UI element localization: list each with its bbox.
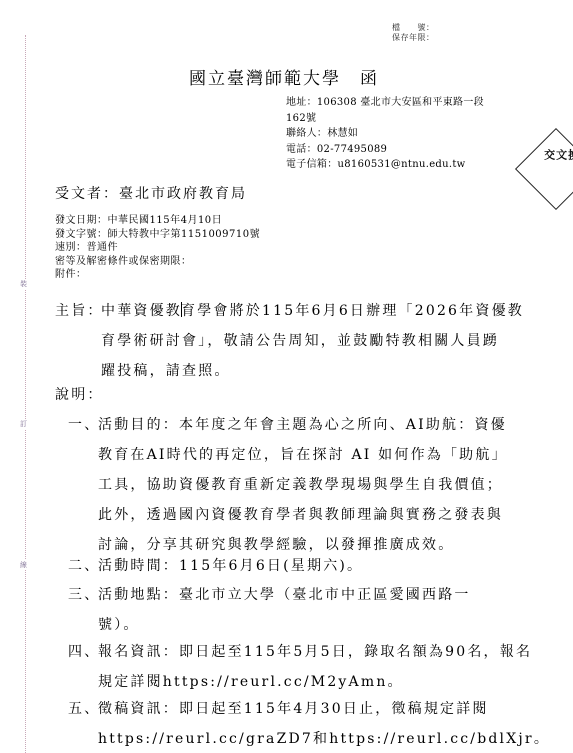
item-1-line-1: 活動目的：本年度之年會主題為心之所向、AI助航：資優 bbox=[98, 410, 508, 440]
item-5-line-2: https://reurl.cc/graZD7和https://reurl.cc… bbox=[98, 724, 550, 753]
subject-line-2: 育學術研討會」，敬請公告周知，並鼓勵特教相關人員踴 bbox=[101, 326, 524, 356]
address-line-1: 地址：106308 臺北市大安區和平東路一段 bbox=[286, 95, 484, 111]
item-1-line-2: 教育在AI時代的再定位，旨在探討 AI 如何作為「助航」 bbox=[98, 440, 508, 470]
binding-dotted-line bbox=[25, 35, 26, 753]
item-3-line-2: 號）。 bbox=[98, 610, 471, 640]
item-3-line-1: 活動地點：臺北市立大學（臺北市中正區愛國西路一 bbox=[98, 580, 471, 610]
explanation-item-5: 徵稿資訊：即日起至115年4月30日止，徵稿規定詳閱 https://reurl… bbox=[98, 694, 550, 753]
explanation-item-1-num: 一、 bbox=[68, 410, 100, 440]
contact-person: 聯絡人：林慧如 bbox=[286, 126, 484, 142]
exchange-stamp: 交文換 bbox=[515, 128, 573, 210]
item-4-line-1: 報名資訊：即日起至115年5月5日，錄取名額為90名，報名 bbox=[98, 637, 532, 667]
explanation-item-2-num: 二、 bbox=[68, 551, 100, 581]
subject-line-1-part-1: 中華資優教 bbox=[101, 303, 182, 319]
recipient: 受文者：臺北市政府教育局 bbox=[55, 183, 247, 203]
issue-date: 發文日期：中華民國115年4月10日 bbox=[55, 214, 260, 228]
binding-label-ding: 訂 bbox=[20, 419, 27, 429]
delivery-speed: 速別：普通件 bbox=[55, 241, 260, 255]
archive-file-no-label: 檔 號： bbox=[392, 23, 435, 33]
address-line-2: 162號 bbox=[286, 111, 484, 127]
explanation-item-4: 報名資訊：即日起至115年5月5日，錄取名額為90名，報名 規定詳閱https:… bbox=[98, 637, 532, 697]
item-2-line-1: 活動時間：115年6月6日(星期六)。 bbox=[98, 551, 363, 581]
subject-line-1: 中華資優教育學會將於115年6月6日辦理「2026年資優教 bbox=[101, 296, 524, 326]
contact-block: 地址：106308 臺北市大安區和平東路一段 162號 聯絡人：林慧如 電話：0… bbox=[286, 95, 484, 173]
item-1-line-4: 此外，透過國內資優教育學者與教師理論與實務之發表與 bbox=[98, 500, 508, 530]
explanation-item-4-num: 四、 bbox=[68, 637, 100, 667]
explanation-item-1: 活動目的：本年度之年會主題為心之所向、AI助航：資優 教育在AI時代的再定位，旨… bbox=[98, 410, 508, 560]
stamp-text: 交文換 bbox=[544, 149, 573, 162]
contact-email: 電子信箱：u8160531@ntnu.edu.tw bbox=[286, 157, 484, 173]
explanation-item-3-num: 三、 bbox=[68, 580, 100, 610]
document-number: 發文字號：師大特教中字第1151009710號 bbox=[55, 228, 260, 242]
explanation-item-2: 活動時間：115年6月6日(星期六)。 bbox=[98, 551, 363, 581]
item-5-line-1: 徵稿資訊：即日起至115年4月30日止，徵稿規定詳閱 bbox=[98, 694, 550, 724]
binding-label-zhuang: 裝 bbox=[20, 279, 27, 289]
item-1-line-3: 工具，協助資優教育重新定義教學現場與學生自我價值； bbox=[98, 470, 508, 500]
security-level: 密等及解密條件或保密期限： bbox=[55, 255, 260, 269]
explanation-item-3: 活動地點：臺北市立大學（臺北市中正區愛國西路一 號）。 bbox=[98, 580, 471, 640]
explanation-label: 說明： bbox=[55, 380, 104, 410]
meta-block: 發文日期：中華民國115年4月10日 發文字號：師大特教中字第115100971… bbox=[55, 214, 260, 282]
item-4-line-2: 規定詳閱https://reurl.cc/M2yAmn。 bbox=[98, 667, 532, 697]
explanation-item-5-num: 五、 bbox=[68, 694, 100, 724]
subject-line-1-part-2: 育學會將於115年6月6日辦理「2026年資優教 bbox=[181, 303, 524, 319]
document-title: 國立臺灣師範大學 函 bbox=[189, 64, 379, 89]
attachments: 附件： bbox=[55, 268, 260, 282]
subject-label: 主旨： bbox=[55, 296, 104, 326]
subject-line-3: 躍投稿，請查照。 bbox=[101, 356, 524, 386]
subject-text: 中華資優教育學會將於115年6月6日辦理「2026年資優教 育學術研討會」，敬請… bbox=[101, 296, 524, 386]
binding-label-xian: 線 bbox=[20, 560, 27, 570]
contact-phone: 電話：02-77495089 bbox=[286, 142, 484, 158]
archive-retention-label: 保存年限： bbox=[392, 33, 435, 43]
